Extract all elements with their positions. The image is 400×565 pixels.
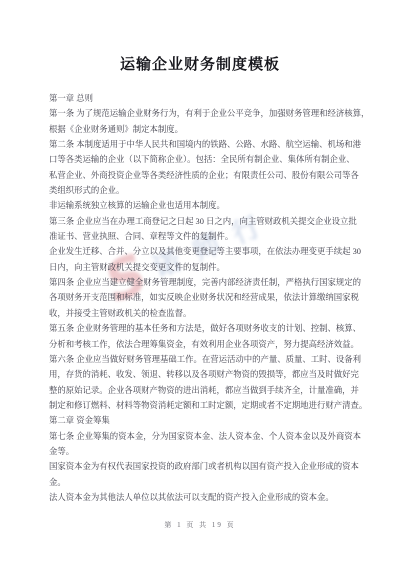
page-number-footer: 第 1 页 共 19 页 [0,520,400,530]
text-line: 国家资本金为有权代表国家投资的政府部门或者机构以国有资产投入企业形成的资本 [49,459,361,474]
text-line: 法人资本金为其他法人单位以其依法可以支配的资产投入企业形成的资本金。 [49,490,361,505]
text-line: 准证书、营业执照、合同、章程等文件的复制件。 [49,229,361,244]
document-title: 运输企业财务制度模板 [0,53,400,74]
text-line: 第五条 企业财务管理的基本任务和方法是，做好各项财务收支的计划、控制、核算、 [49,321,361,336]
text-line: 非运输系统独立核算的运输企业也适用本制度。 [49,198,361,213]
text-line: 私营企业、外商投资企业等各类经济性质的企业；有限责任公司、股份有限公司等各 [49,168,361,183]
chapter-heading: 第二章 资金筹集 [49,413,361,428]
text-line: 整的原始记录。企业各项财产物资的进出消耗，都应当做到手续齐全，计量准确，并 [49,383,361,398]
text-line: 第三条 企业应当在办理工商登记之日起 30 日之内，向主管财政机关提交企业设立批 [49,214,361,229]
text-line: 分析和考核工作，依法合理筹集资金，有效利用企业各项资产，努力提高经济效益。 [49,337,361,352]
document-body: 第一章 总则第一条 为了规范运输企业财务行为，有利于企业公平竞争，加强财务管理和… [49,91,361,505]
text-line: 第二条 本制度适用于中华人民共和国境内的铁路、公路、水路、航空运输、机场和港 [49,137,361,152]
text-line: 制定和修订燃料、材料等物资消耗定额和工时定额，定期或者不定期地进行财产清查。 [49,398,361,413]
text-line: 用，存货的消耗、收发、领退、转移以及各项财产物资的毁损等，都应当及时做好完 [49,367,361,382]
text-line: 类组织形式的企业。 [49,183,361,198]
text-line: 根据《企业财务通则》制定本制度。 [49,122,361,137]
text-line: 各项财务开支范围和标准，如实反映企业财务状况和经营成果，依法计算缴纳国家税 [49,290,361,305]
text-line: 第七条 企业筹集的资本金，分为国家资本金、法人资本金、个人资本金以及外商资本 [49,429,361,444]
text-line: 企业发生迁移、合并、分立以及其他变更登记等主要事项，在依法办理变更手续起 30 [49,244,361,259]
text-line: 第四条 企业应当建立健全财务管理制度，完善内部经济责任制，严格执行国家规定的 [49,275,361,290]
text-line: 口等各类运输的企业（以下简称企业）。包括：全民所有制企业、集体所有制企业、 [49,152,361,167]
chapter-heading: 第一章 总则 [49,91,361,106]
text-line: 金。 [49,475,361,490]
document-page: 运输企业财务制度模板 S 诺师行 第一章 总则第一条 为了规范运输企业财务行为，… [0,0,400,565]
text-line: 金等。 [49,444,361,459]
text-line: 收，并接受主管财政机关的检查监督。 [49,306,361,321]
text-line: 日内，向主管财政机关提交变更文件的复制件。 [49,260,361,275]
text-line: 第六条 企业应当做好财务管理基础工作。在营运活动中的产量、质量、工时、设备利 [49,352,361,367]
text-line: 第一条 为了规范运输企业财务行为，有利于企业公平竞争，加强财务管理和经济核算， [49,106,361,121]
